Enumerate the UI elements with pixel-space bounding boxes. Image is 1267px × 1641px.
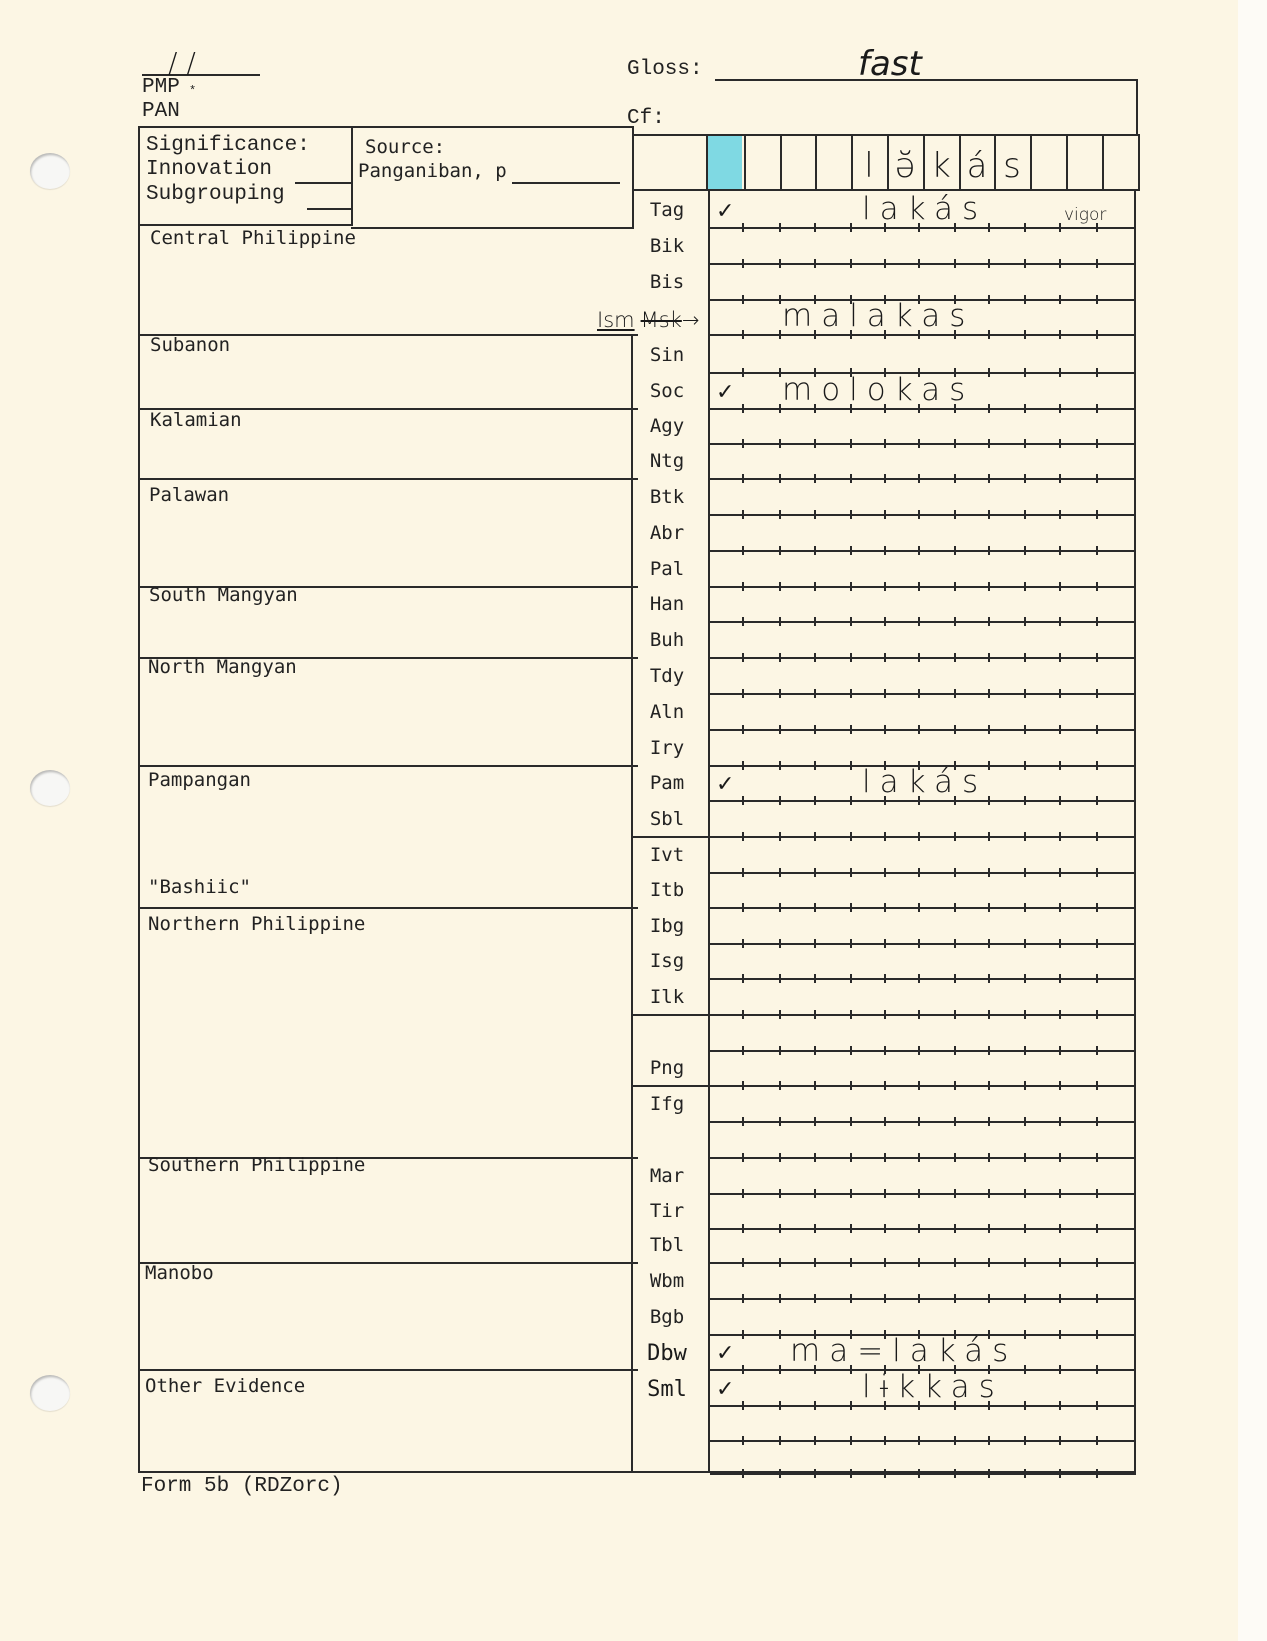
row-tick <box>742 295 744 304</box>
row-tick <box>814 903 816 912</box>
row-tick <box>1059 1224 1061 1233</box>
row-tick <box>1096 974 1098 983</box>
row-tick <box>850 223 852 232</box>
row-tick <box>850 725 852 734</box>
row-tick <box>884 1046 886 1055</box>
form-left-border <box>138 126 140 1472</box>
row-line <box>710 1193 1136 1195</box>
row-tick <box>779 223 781 232</box>
row-tick <box>954 439 956 448</box>
row-tick <box>1059 1401 1061 1410</box>
row-line <box>710 1405 1136 1407</box>
check-mark-icon[interactable]: ✓ <box>716 199 734 224</box>
row-tick <box>918 903 920 912</box>
row-tick <box>884 1010 886 1019</box>
row-tick <box>1024 1294 1026 1303</box>
row-tick <box>742 725 744 734</box>
row-tick <box>1024 474 1026 483</box>
row-tick <box>814 689 816 698</box>
row-tick <box>1096 1010 1098 1019</box>
row-tick <box>918 653 920 662</box>
row-tick <box>850 439 852 448</box>
row-tick <box>814 1401 816 1410</box>
row-tick <box>1059 617 1061 626</box>
row-tick <box>1024 796 1026 805</box>
row-tick <box>884 1153 886 1162</box>
row-tick <box>918 1189 920 1198</box>
row-tick <box>1096 1294 1098 1303</box>
row-tick <box>1024 1046 1026 1055</box>
row-tick <box>954 259 956 268</box>
gloss-label: Gloss: <box>627 58 703 81</box>
row-tick <box>850 903 852 912</box>
row-tick <box>779 439 781 448</box>
row-line <box>710 408 1136 410</box>
row-tick <box>779 474 781 483</box>
row-line <box>710 1050 1136 1052</box>
significance-label: Significance: <box>146 134 310 157</box>
lang-label-soc: Soc <box>632 380 702 402</box>
group-palawan: Palawan <box>149 484 229 506</box>
group-southern-philippine: Southern Philippine <box>148 1154 365 1176</box>
row-tick <box>884 1469 886 1478</box>
lang-label-btk: Btk <box>632 486 702 508</box>
row-line <box>710 1085 1136 1087</box>
row-tick <box>1024 903 1026 912</box>
row-tick <box>918 868 920 877</box>
row-tick <box>1096 330 1098 339</box>
row-tick <box>814 1081 816 1090</box>
group-kalamian: Kalamian <box>150 409 242 431</box>
row-tick <box>988 223 990 232</box>
row-tick <box>954 1469 956 1478</box>
row-tick <box>1024 653 1026 662</box>
row-tick <box>884 582 886 591</box>
row-tick <box>988 1010 990 1019</box>
row-tick <box>742 796 744 805</box>
gloss-line <box>715 79 1138 81</box>
row-tick <box>884 1436 886 1445</box>
row-tick <box>954 617 956 626</box>
row-line <box>710 1228 1136 1230</box>
recon-cell-8[interactable]: s <box>994 146 1030 186</box>
lang-subdivider <box>632 1085 710 1087</box>
row-tick <box>779 1294 781 1303</box>
row-tick <box>954 582 956 591</box>
data-column-left <box>708 189 710 1473</box>
row-tick <box>779 725 781 734</box>
row-tick <box>779 796 781 805</box>
row-tick <box>1096 1189 1098 1198</box>
lang-label-sml: Sml <box>632 1377 702 1402</box>
row-tick <box>1024 1330 1026 1339</box>
row-tick <box>988 330 990 339</box>
row-tick <box>1024 1153 1026 1162</box>
row-tick <box>814 1436 816 1445</box>
lang-subdivider <box>632 1014 710 1016</box>
row-tick <box>850 761 852 770</box>
struck-lang-code: Msk <box>641 308 682 332</box>
row-tick <box>779 1189 781 1198</box>
row-tick <box>742 1365 744 1374</box>
source-label: Source: <box>365 136 445 158</box>
row-tick <box>1096 689 1098 698</box>
row-tick <box>814 582 816 591</box>
subgrouping-blank[interactable] <box>307 208 351 210</box>
check-mark-icon[interactable]: ✓ <box>716 1341 734 1366</box>
row-tick <box>1096 725 1098 734</box>
row-line <box>710 1262 1136 1264</box>
row-tick <box>884 510 886 519</box>
row-tick <box>1024 1365 1026 1374</box>
row-tick <box>742 1010 744 1019</box>
check-mark-icon[interactable]: ✓ <box>716 380 734 405</box>
row-tick <box>1096 1436 1098 1445</box>
row-tick <box>742 1401 744 1410</box>
row-tick <box>742 330 744 339</box>
row-tick <box>814 1224 816 1233</box>
check-mark-icon[interactable]: ✓ <box>716 1377 734 1402</box>
punch-hole <box>30 1375 70 1411</box>
entry-form[interactable]: lakás <box>862 191 987 227</box>
row-tick <box>918 1258 920 1267</box>
row-tick <box>954 510 956 519</box>
group-manobo: Manobo <box>145 1262 214 1284</box>
lang-label-tbl: Tbl <box>632 1234 702 1256</box>
source-page-blank[interactable] <box>512 182 620 184</box>
row-tick <box>988 1081 990 1090</box>
recon-cell-border <box>1102 134 1104 191</box>
row-tick <box>779 1224 781 1233</box>
row-tick <box>779 1258 781 1267</box>
row-tick <box>884 903 886 912</box>
row-tick <box>918 546 920 555</box>
entry-form[interactable]: lɨkkas <box>862 1369 1004 1405</box>
row-tick <box>779 1365 781 1374</box>
row-tick <box>1024 1010 1026 1019</box>
row-tick <box>1059 439 1061 448</box>
lang-subdivider <box>632 836 710 838</box>
row-tick <box>884 868 886 877</box>
row-tick <box>1059 653 1061 662</box>
row-tick <box>742 761 744 770</box>
row-tick <box>954 1436 956 1445</box>
row-tick <box>1059 404 1061 413</box>
entry-note[interactable]: vigor <box>1064 205 1106 225</box>
row-tick <box>884 974 886 983</box>
row-tick <box>850 474 852 483</box>
group-subanon: Subanon <box>150 334 230 356</box>
gloss-value[interactable]: fast <box>858 44 922 84</box>
row-tick <box>954 1046 956 1055</box>
row-tick <box>988 868 990 877</box>
row-tick <box>742 617 744 626</box>
row-tick <box>954 1258 956 1267</box>
row-tick <box>954 546 956 555</box>
row-tick <box>918 939 920 948</box>
row-tick <box>1096 1365 1098 1374</box>
row-tick <box>954 1189 956 1198</box>
row-tick <box>1096 582 1098 591</box>
recon-cell-border <box>815 134 817 191</box>
row-tick <box>850 1010 852 1019</box>
row-tick <box>1024 617 1026 626</box>
lang-label-tir: Tir <box>632 1200 702 1222</box>
row-line <box>710 1157 1136 1159</box>
row-tick <box>742 546 744 555</box>
row-tick <box>1096 1330 1098 1339</box>
row-tick <box>1096 404 1098 413</box>
row-line <box>710 1298 1136 1300</box>
row-tick <box>1024 939 1026 948</box>
row-tick <box>850 1153 852 1162</box>
row-tick <box>1096 939 1098 948</box>
row-line <box>710 334 1136 336</box>
row-tick <box>884 1189 886 1198</box>
row-tick <box>988 546 990 555</box>
row-tick <box>988 1294 990 1303</box>
row-tick <box>1024 582 1026 591</box>
pan-label: PAN <box>142 100 180 123</box>
check-mark-icon[interactable]: ✓ <box>716 772 734 797</box>
row-line <box>710 1473 1136 1475</box>
row-line <box>710 263 1136 265</box>
row-line <box>710 514 1136 516</box>
row-tick <box>988 974 990 983</box>
row-tick <box>1096 1046 1098 1055</box>
row-tick <box>1024 868 1026 877</box>
row-tick <box>850 259 852 268</box>
row-tick <box>1024 761 1026 770</box>
gloss-box-right <box>1136 79 1138 136</box>
lang-label-tdy: Tdy <box>632 665 702 687</box>
row-tick <box>814 832 816 841</box>
row-tick <box>1059 546 1061 555</box>
row-tick <box>779 1046 781 1055</box>
recon-cell-border <box>706 134 708 191</box>
row-tick <box>884 939 886 948</box>
row-line <box>710 836 1136 838</box>
row-tick <box>742 1046 744 1055</box>
row-tick <box>779 653 781 662</box>
row-tick <box>814 1153 816 1162</box>
row-tick <box>1096 1153 1098 1162</box>
lang-label-png: Png <box>632 1057 702 1079</box>
row-tick <box>1096 617 1098 626</box>
row-tick <box>779 582 781 591</box>
row-tick <box>918 974 920 983</box>
row-tick <box>1059 1189 1061 1198</box>
lang-label-ivt: Ivt <box>632 844 702 866</box>
row-tick <box>918 832 920 841</box>
entry-form[interactable]: molokas <box>782 372 974 408</box>
row-tick <box>850 1117 852 1126</box>
row-tick <box>1024 330 1026 339</box>
row-tick <box>1096 868 1098 877</box>
row-tick <box>884 259 886 268</box>
row-tick <box>988 582 990 591</box>
row-tick <box>1024 1401 1026 1410</box>
row-tick <box>779 939 781 948</box>
row-tick <box>779 689 781 698</box>
row-tick <box>1096 510 1098 519</box>
row-tick <box>779 1401 781 1410</box>
row-tick <box>1024 1117 1026 1126</box>
row-line <box>710 443 1136 445</box>
row-tick <box>742 474 744 483</box>
row-tick <box>1024 1469 1026 1478</box>
asterisk: * <box>189 84 196 98</box>
row-tick <box>779 761 781 770</box>
group-divider <box>138 478 638 480</box>
row-tick <box>918 439 920 448</box>
row-tick <box>779 510 781 519</box>
row-tick <box>850 617 852 626</box>
row-tick <box>1059 223 1061 232</box>
row-tick <box>918 1117 920 1126</box>
recon-cell-4[interactable]: l <box>851 146 887 186</box>
row-tick <box>988 439 990 448</box>
lang-label-bis: Bis <box>632 271 702 293</box>
row-tick <box>742 1117 744 1126</box>
row-tick <box>954 725 956 734</box>
row-tick <box>918 1436 920 1445</box>
row-tick <box>954 1224 956 1233</box>
row-tick <box>918 689 920 698</box>
entry-form[interactable]: ma=lakás <box>790 1333 1017 1369</box>
lang-label-dbw: Dbw <box>632 1341 702 1366</box>
row-tick <box>954 903 956 912</box>
row-tick <box>1024 1258 1026 1267</box>
row-tick <box>884 439 886 448</box>
row-tick <box>850 653 852 662</box>
row-tick <box>1059 832 1061 841</box>
row-tick <box>954 832 956 841</box>
row-tick <box>884 1294 886 1303</box>
row-tick <box>884 689 886 698</box>
subgrouping-label: Subgrouping <box>146 183 285 206</box>
row-tick <box>988 1258 990 1267</box>
row-line <box>710 657 1136 659</box>
source-bottom <box>351 227 634 229</box>
row-tick <box>742 259 744 268</box>
row-tick <box>814 510 816 519</box>
row-tick <box>1096 1224 1098 1233</box>
row-tick <box>779 868 781 877</box>
entry-form[interactable]: malakas <box>782 298 974 334</box>
row-tick <box>918 510 920 519</box>
row-tick <box>814 868 816 877</box>
row-tick <box>742 939 744 948</box>
row-tick <box>1024 832 1026 841</box>
recon-cell-7[interactable]: á <box>959 146 995 186</box>
row-tick <box>1059 1117 1061 1126</box>
row-line <box>710 478 1136 480</box>
row-tick <box>779 295 781 304</box>
row-tick <box>918 1081 920 1090</box>
row-tick <box>918 1046 920 1055</box>
row-tick <box>1096 796 1098 805</box>
row-tick <box>814 259 816 268</box>
row-tick <box>884 474 886 483</box>
row-tick <box>850 1046 852 1055</box>
row-tick <box>988 510 990 519</box>
row-tick <box>1096 474 1098 483</box>
row-line <box>710 621 1136 623</box>
row-tick <box>1059 1436 1061 1445</box>
row-tick <box>1096 761 1098 770</box>
group-south-mangyan: South Mangyan <box>149 584 298 606</box>
row-line <box>710 800 1136 802</box>
row-tick <box>988 939 990 948</box>
row-tick <box>988 1436 990 1445</box>
lang-label-buh: Buh <box>632 629 702 651</box>
row-tick <box>988 1153 990 1162</box>
lang-label-sin: Sin <box>632 344 702 366</box>
lang-label-mar: Mar <box>632 1165 702 1187</box>
row-tick <box>814 546 816 555</box>
row-tick <box>850 1401 852 1410</box>
row-tick <box>1059 1153 1061 1162</box>
row-tick <box>850 1258 852 1267</box>
row-tick <box>850 1469 852 1478</box>
group-bashiic: "Bashiic" <box>148 876 251 898</box>
row-tick <box>779 330 781 339</box>
lang-label-iry: Iry <box>632 737 702 759</box>
row-line <box>710 872 1136 874</box>
lang-label-sbl: Sbl <box>632 808 702 830</box>
row-tick <box>1096 653 1098 662</box>
row-tick <box>779 832 781 841</box>
row-tick <box>814 939 816 948</box>
row-tick <box>1059 510 1061 519</box>
row-tick <box>1096 295 1098 304</box>
row-tick <box>1059 259 1061 268</box>
row-tick <box>954 1117 956 1126</box>
row-tick <box>1096 439 1098 448</box>
lang-label-bgb: Bgb <box>632 1306 702 1328</box>
row-tick <box>850 939 852 948</box>
row-tick <box>988 404 990 413</box>
row-tick <box>918 1224 920 1233</box>
innovation-blank[interactable] <box>295 182 351 184</box>
row-tick <box>1024 974 1026 983</box>
row-line <box>710 1440 1136 1442</box>
row-tick <box>1024 368 1026 377</box>
row-tick <box>742 1153 744 1162</box>
row-tick <box>1059 868 1061 877</box>
recon-cell-6[interactable]: k <box>923 146 959 186</box>
row-tick <box>988 689 990 698</box>
row-tick <box>954 653 956 662</box>
row-tick <box>742 1081 744 1090</box>
row-tick <box>850 1224 852 1233</box>
group-north-mangyan: North Mangyan <box>148 656 297 678</box>
recon-cell-5[interactable]: ə̆ <box>887 146 923 186</box>
row-tick <box>954 474 956 483</box>
row-tick <box>884 617 886 626</box>
row-tick <box>918 1153 920 1162</box>
row-tick <box>1059 761 1061 770</box>
row-tick <box>850 689 852 698</box>
row-tick <box>918 1010 920 1019</box>
row-tick <box>1096 1258 1098 1267</box>
row-tick <box>850 796 852 805</box>
row-tick <box>814 223 816 232</box>
row-tick <box>779 259 781 268</box>
entry-form[interactable]: lakás <box>862 764 987 800</box>
row-line <box>710 1014 1136 1016</box>
